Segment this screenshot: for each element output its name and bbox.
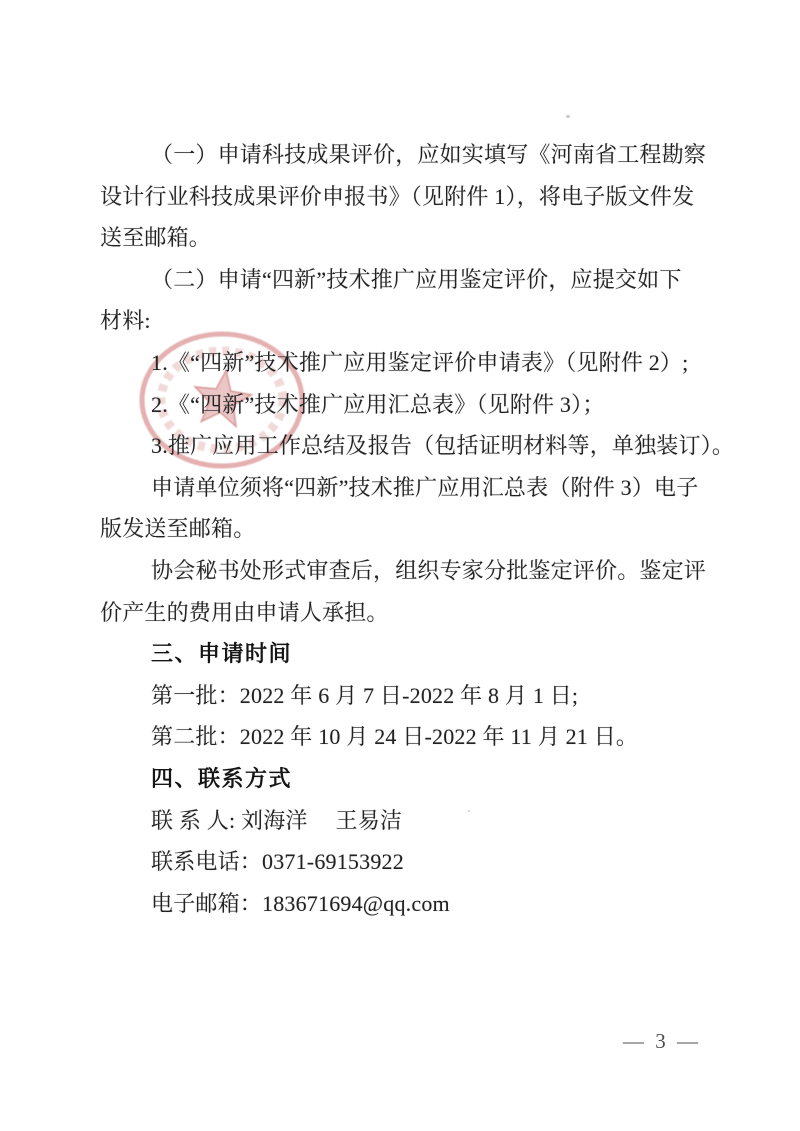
section-heading-application-time: 三、申请时间 [100,633,698,675]
document-body: （一）申请科技成果评价，应如实填写《河南省工程勘察 设计行业科技成果评价申报书》… [100,134,698,924]
document-page: （一）申请科技成果评价，应如实填写《河南省工程勘察 设计行业科技成果评价申报书》… [0,0,800,1131]
contact-email-line: 电子邮箱：183671694@qq.com [100,883,698,925]
paragraph-line: （二）申请“四新”技术推广应用鉴定评价，应提交如下 [100,259,698,301]
list-item-1: 1.《“四新”技术推广应用鉴定评价申请表》（见附件 2）; [100,342,698,384]
list-item-3: 3.推广应用工作总结及报告（包括证明材料等，单独装订）。 [100,425,698,467]
scan-speck [468,810,470,812]
contact-person-line: 联 系 人: 刘海洋 王易洁 [100,800,698,842]
paragraph-line: 材料: [100,300,698,342]
paragraph-line: 设计行业科技成果评价申报书》（见附件 1），将电子版文件发 [100,176,698,218]
paragraph-line: （一）申请科技成果评价，应如实填写《河南省工程勘察 [100,134,698,176]
paragraph-line: 版发送至邮箱。 [100,508,698,550]
paragraph-line: 送至邮箱。 [100,217,698,259]
paragraph-line: 申请单位须将“四新”技术推广应用汇总表（附件 3）电子 [100,467,698,509]
scan-speck [566,115,570,118]
paragraph-line: 价产生的费用由申请人承担。 [100,592,698,634]
page-number: — 3 — [600,1026,724,1056]
section-heading-contact-info: 四、联系方式 [100,758,698,800]
list-item-2: 2.《“四新”技术推广应用汇总表》（见附件 3）； [100,384,698,426]
contact-phone-line: 联系电话：0371-69153922 [100,841,698,883]
paragraph-line: 第二批：2022 年 10 月 24 日-2022 年 11 月 21 日。 [100,716,698,758]
paragraph-line: 第一批：2022 年 6 月 7 日-2022 年 8 月 1 日; [100,675,698,717]
paragraph-line: 协会秘书处形式审查后，组织专家分批鉴定评价。鉴定评 [100,550,698,592]
